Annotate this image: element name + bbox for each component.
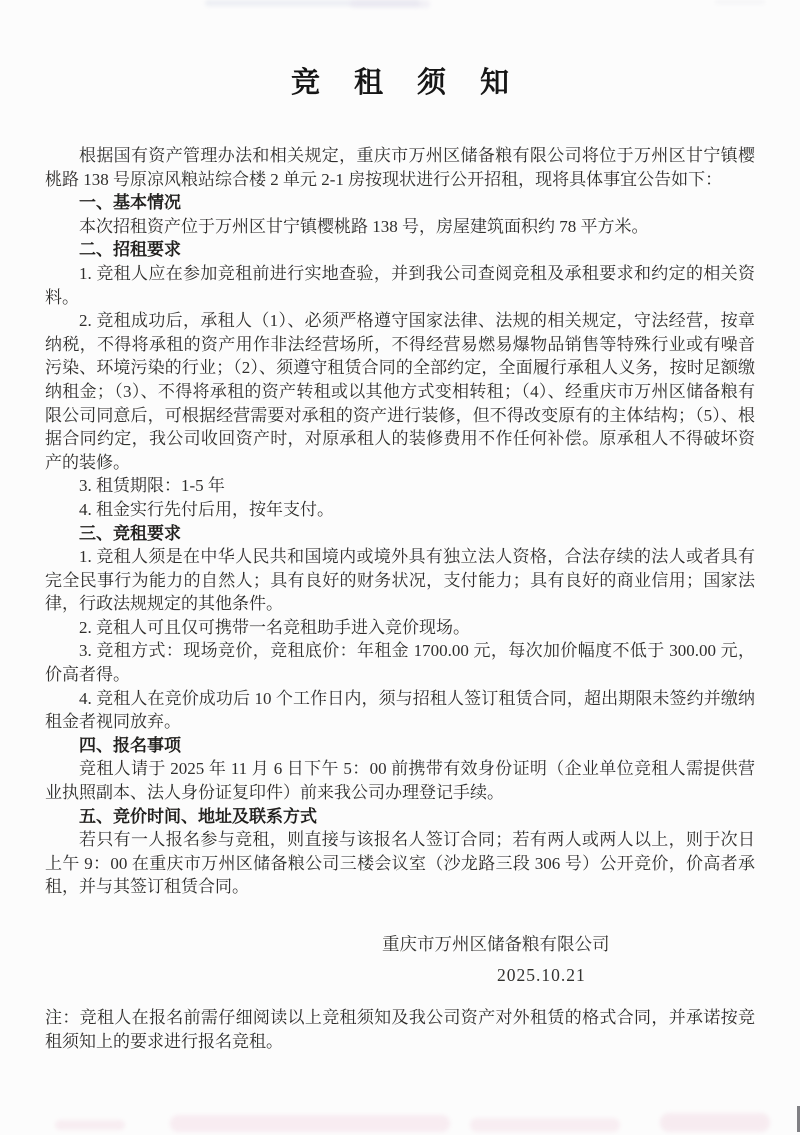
scan-bleedthrough-bottom bbox=[470, 1118, 620, 1132]
section-2-item-1: 1. 竞租人应在参加竞租前进行实地查验，并到我公司查阅竞租及承租要求和约定的相关… bbox=[45, 262, 755, 309]
signature-block: 重庆市万州区储备粮有限公司 2025.10.21 bbox=[0, 932, 800, 987]
section-5-paragraph: 若只有一人报名参与竞租，则直接与该报名人签订合同；若有两人或两人以上，则于次日上… bbox=[45, 828, 755, 899]
intro-paragraph: 根据国有资产管理办法和相关规定，重庆市万州区储备粮有限公司将位于万州区甘宁镇樱桃… bbox=[45, 144, 755, 191]
section-3-item-4: 4. 竞租人在竞价成功后 10 个工作日内，须与招租人签订租赁合同，超出期限未签… bbox=[45, 687, 755, 734]
signature-company-name: 重庆市万州区储备粮有限公司 bbox=[382, 932, 755, 956]
section-4-paragraph: 竞租人请于 2025 年 11 月 6 日下午 5：00 前携带有效身份证明（企… bbox=[45, 757, 755, 804]
section-4-heading: 四、报名事项 bbox=[45, 734, 755, 758]
document-title-text: 竞租须知 bbox=[291, 67, 543, 99]
signature-date: 2025.10.21 bbox=[497, 963, 755, 987]
section-5-heading: 五、竞价时间、地址及联系方式 bbox=[45, 805, 755, 829]
section-2-heading: 二、招租要求 bbox=[45, 238, 755, 262]
scan-bleedthrough-bottom bbox=[55, 1120, 125, 1130]
section-1-paragraph: 本次招租资产位于万州区甘宁镇樱桃路 138 号，房屋建筑面积约 78 平方米。 bbox=[45, 215, 755, 239]
section-1-heading: 一、基本情况 bbox=[45, 191, 755, 215]
scan-bleedthrough-bottom bbox=[170, 1115, 450, 1132]
footer-note-text: 注：竞租人在报名前需仔细阅读以上竞租须知及我公司资产对外租赁的格式合同，并承诺按… bbox=[45, 1006, 755, 1053]
scanned-document-page: 竞租须知 根据国有资产管理办法和相关规定，重庆市万州区储备粮有限公司将位于万州区… bbox=[0, 0, 800, 1135]
document-title: 竞租须知 bbox=[0, 0, 800, 104]
scan-bleedthrough-bottom bbox=[660, 1113, 770, 1132]
footer-note: 注：竞租人在报名前需仔细阅读以上竞租须知及我公司资产对外租赁的格式合同，并承诺按… bbox=[0, 1006, 800, 1053]
document-body: 根据国有资产管理办法和相关规定，重庆市万州区储备粮有限公司将位于万州区甘宁镇樱桃… bbox=[0, 144, 800, 899]
section-2-item-2: 2. 竞租成功后，承租人（1）、必须严格遵守国家法律、法规的相关规定，守法经营，… bbox=[45, 309, 755, 474]
section-2-item-4: 4. 租金实行先付后用，按年支付。 bbox=[45, 498, 755, 522]
section-3-item-1: 1. 竞租人须是在中华人民共和国境内或境外具有独立法人资格，合法存续的法人或者具… bbox=[45, 545, 755, 616]
section-3-item-2: 2. 竞租人可且仅可携带一名竞租助手进入竞价现场。 bbox=[45, 616, 755, 640]
section-3-heading: 三、竞租要求 bbox=[45, 522, 755, 546]
section-3-item-3: 3. 竞租方式：现场竞价，竞租底价：年租金 1700.00 元，每次加价幅度不低… bbox=[45, 639, 755, 686]
section-2-item-3: 3. 租赁期限：1-5 年 bbox=[45, 474, 755, 498]
